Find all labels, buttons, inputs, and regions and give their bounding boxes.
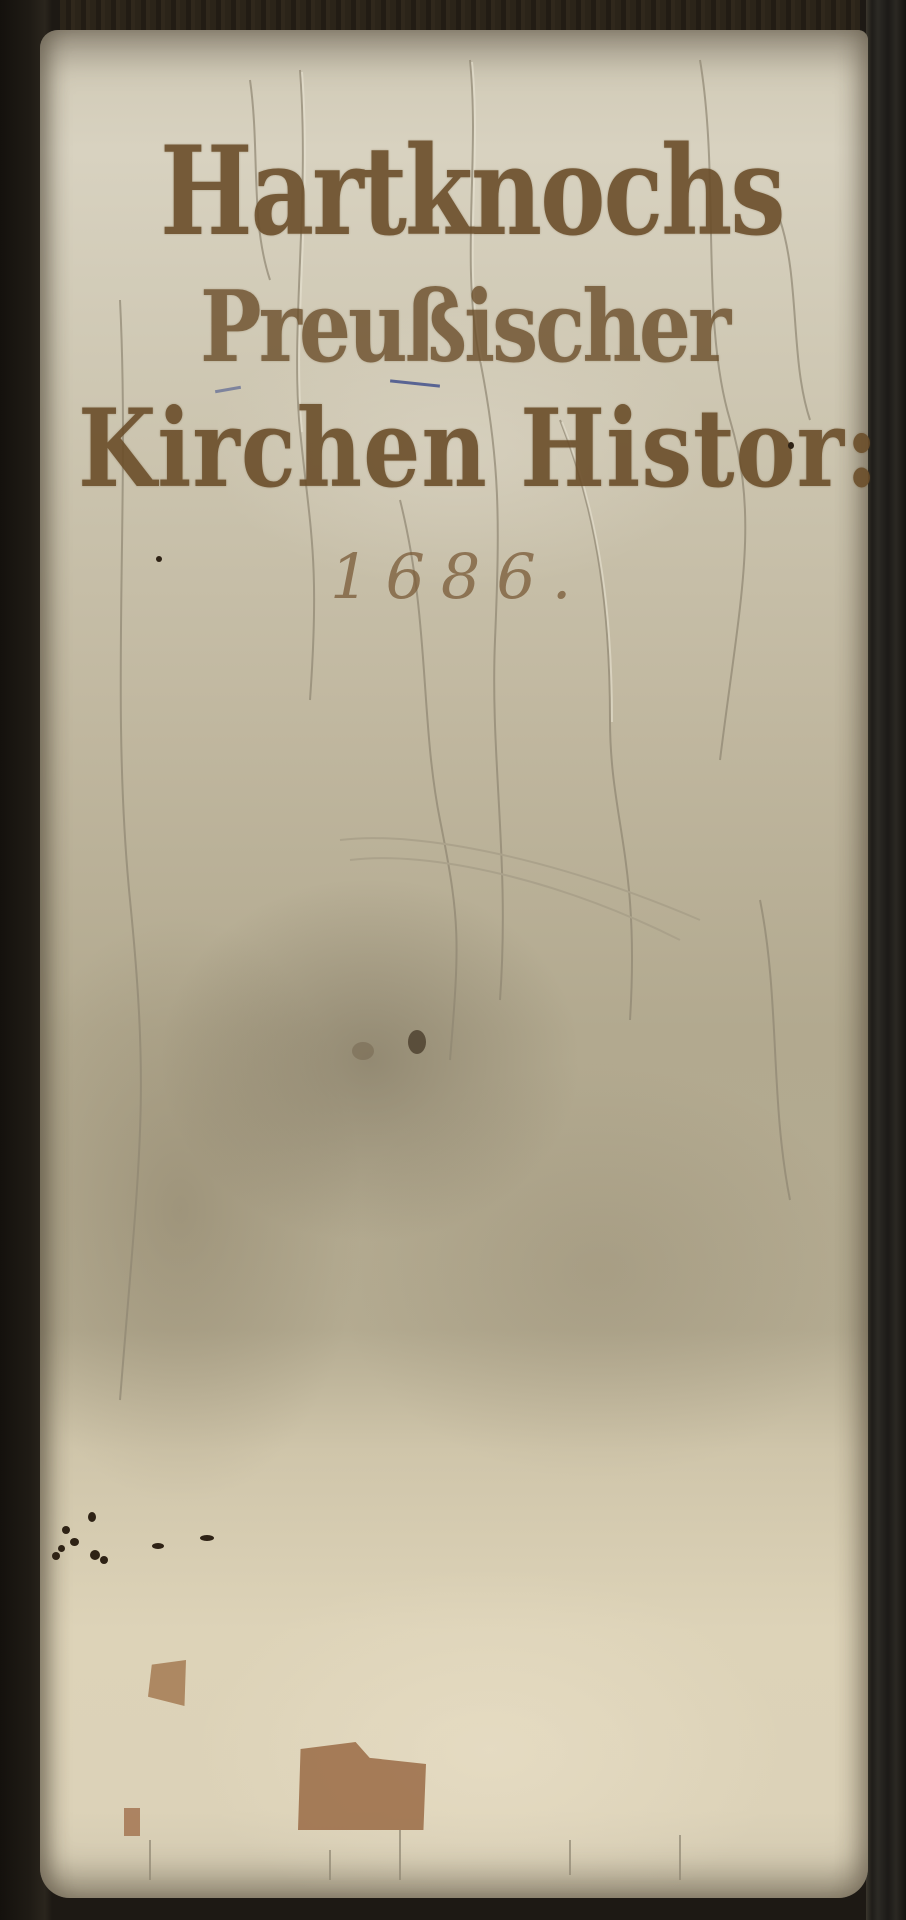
edge-label-remnant xyxy=(124,1808,140,1836)
dark-stain xyxy=(408,1030,426,1054)
book-spine-photo: Hartknochs Preußischer Kirchen Histor: 1… xyxy=(0,0,906,1920)
title-line-adjective: Preußischer xyxy=(200,270,728,385)
spine-date: 1686. xyxy=(330,540,588,613)
title-line-subject: Kirchen Histor: xyxy=(78,385,879,512)
title-line-author: Hartknochs xyxy=(160,120,784,264)
right-cloth-edge xyxy=(866,0,906,1920)
faint-stain xyxy=(352,1042,374,1060)
